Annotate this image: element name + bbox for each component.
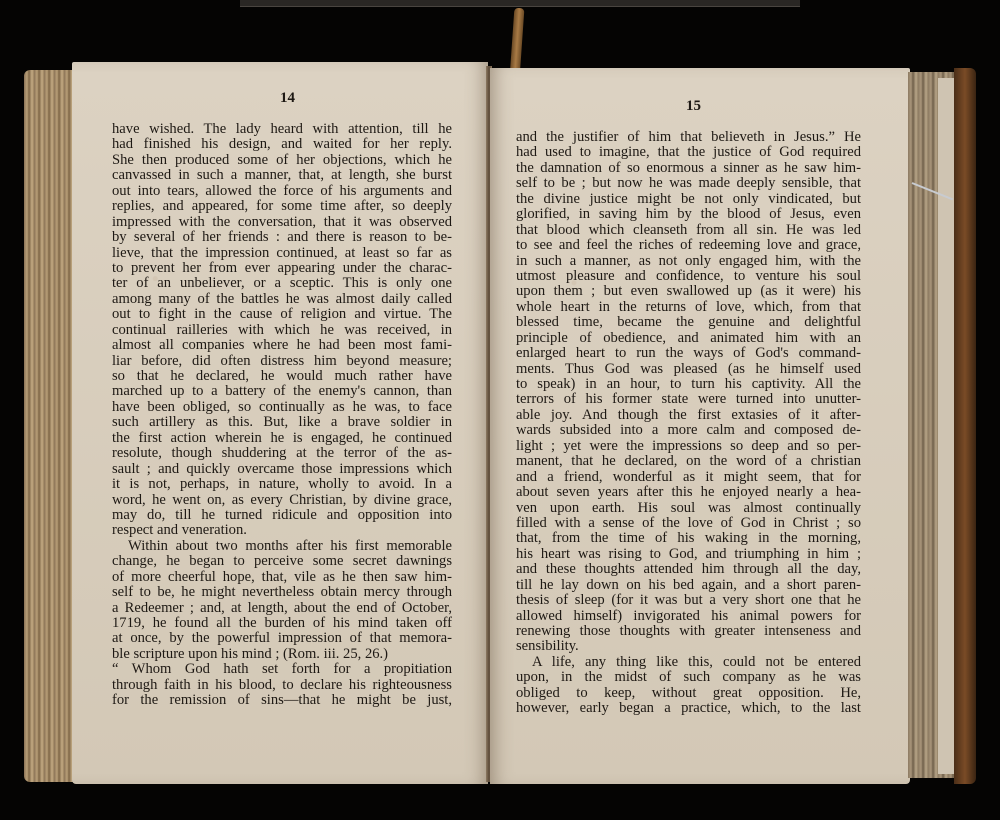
text-line: “ Whom God hath set forth for a propitia… xyxy=(112,662,452,677)
text-line: the first action wherein he is engaged, … xyxy=(112,431,452,446)
text-line: sensibility. xyxy=(516,639,861,654)
text-line: A life, any thing like this, could not b… xyxy=(516,655,861,670)
text-line: had used to imagine, that the justice of… xyxy=(516,145,861,160)
text-line: and the justifier of him that believeth … xyxy=(516,130,861,145)
right-page: 15 and the justifier of him that believe… xyxy=(490,68,910,784)
text-line: by several of her friends : and there is… xyxy=(112,230,452,245)
text-line: replies, and appeared, for some time aft… xyxy=(112,199,452,214)
text-line: marched up to a battery of the enemy's c… xyxy=(112,384,452,399)
text-line: however, early began a practice, which, … xyxy=(516,701,861,716)
text-line: out to fight in the cause of religion an… xyxy=(112,307,452,322)
text-line: able joy. And though the first extasies … xyxy=(516,408,861,423)
text-line: and these thoughts attended him through … xyxy=(516,562,861,577)
text-line: respect and veneration. xyxy=(112,523,452,538)
text-line: a Redeemer ; and, at length, about the e… xyxy=(112,601,452,616)
text-line: ter of an unbeliever, or a sceptic. This… xyxy=(112,276,452,291)
text-line: self to be ; but now he was made deeply … xyxy=(516,176,861,191)
text-line: upon them ; but even swallowed up (as it… xyxy=(516,284,861,299)
text-line: liar before, did often distress him beyo… xyxy=(112,354,452,369)
page-number-left: 14 xyxy=(280,90,295,107)
text-line: the damnation of so enormous a sinner as… xyxy=(516,161,861,176)
text-line: Within about two months after his first … xyxy=(112,539,452,554)
text-line: ments. Thus God was pleased (as he himse… xyxy=(516,362,861,377)
text-line: ven upon earth. His soul was almost cont… xyxy=(516,501,861,516)
text-line: sault ; and quickly overcame those impre… xyxy=(112,462,452,477)
text-line: utmost pleasure and confidence, to ventu… xyxy=(516,269,861,284)
left-page-text: have wished. The lady heard with attenti… xyxy=(112,122,452,709)
back-cover xyxy=(954,68,976,784)
text-line: out into tears, allowed the force of his… xyxy=(112,184,452,199)
text-line: obliged to keep, without great oppositio… xyxy=(516,686,861,701)
text-line: enlarged heart to run the ways of God's … xyxy=(516,346,861,361)
text-line: terrors of his former state were turned … xyxy=(516,392,861,407)
text-line: to prevent her from ever appearing under… xyxy=(112,261,452,276)
text-line: blessed time, became the genuine and del… xyxy=(516,315,861,330)
text-line: among many of the battles he was almost … xyxy=(112,292,452,307)
text-line: self to be, he might nevertheless obtain… xyxy=(112,585,452,600)
text-line: wards subsided into a more calm and comp… xyxy=(516,423,861,438)
text-line: allowed himself) invigorated his animal … xyxy=(516,609,861,624)
text-line: resolute, though shuddering at the terro… xyxy=(112,446,452,461)
open-book: 14 have wished. The lady heard with atte… xyxy=(14,62,980,792)
text-line: through faith in his blood, to declare h… xyxy=(112,678,452,693)
text-line: continual railleries with which he was r… xyxy=(112,323,452,338)
text-line: She then produced some of her objections… xyxy=(112,153,452,168)
text-line: thesis of sleep (for it was but a very s… xyxy=(516,593,861,608)
text-line: 1719, he found all the burden of his min… xyxy=(112,616,452,631)
text-line: canvassed in such a manner, that, at len… xyxy=(112,168,452,183)
page-number-right: 15 xyxy=(686,98,701,115)
text-line: word, he went on, as every Christian, by… xyxy=(112,493,452,508)
text-line: almost all companies where he had been m… xyxy=(112,338,452,353)
text-line: till he lay down on his bed again, and a… xyxy=(516,578,861,593)
text-line: ble scripture upon his mind ; (Rom. iii.… xyxy=(112,647,452,662)
text-line: about seven years after this he enjoyed … xyxy=(516,485,861,500)
text-line: the divine justice might be not only vin… xyxy=(516,192,861,207)
text-line: to speak) in an hour, to turn his captiv… xyxy=(516,377,861,392)
text-line: and a friend, wonderful as it might seem… xyxy=(516,470,861,485)
left-page: 14 have wished. The lady heard with atte… xyxy=(72,62,488,784)
text-line: glorified, in saving him by the blood of… xyxy=(516,207,861,222)
text-line: light ; yet were the impressions so deep… xyxy=(516,439,861,454)
text-line: may do, till he turned ridicule and oppo… xyxy=(112,508,452,523)
text-line: at once, by the powerful impression of t… xyxy=(112,631,452,646)
right-page-text: and the justifier of him that believeth … xyxy=(516,130,861,717)
text-line: have been obliged, so continually as he … xyxy=(112,400,452,415)
text-line: manent, that he declared, on the word of… xyxy=(516,454,861,469)
text-line: it is not, perhaps, in nature, wholly to… xyxy=(112,477,452,492)
text-line: impressed with the conversation, that it… xyxy=(112,215,452,230)
text-line: whole heart in the returns of love, whic… xyxy=(516,300,861,315)
top-clamp-bar xyxy=(240,0,800,7)
text-line: in such a manner, as not only engaged hi… xyxy=(516,254,861,269)
text-line: filled with a sense of the love of God i… xyxy=(516,516,861,531)
text-line: so that he declared, he would much rathe… xyxy=(112,369,452,384)
text-line: that, from the time of his waking in the… xyxy=(516,531,861,546)
text-line: for the remission of sins—that he might … xyxy=(112,693,452,708)
text-line: of more cheerful hope, that, vile as he … xyxy=(112,570,452,585)
text-line: his heart was rising to God, and triumph… xyxy=(516,547,861,562)
text-line: renewing those thoughts with greater int… xyxy=(516,624,861,639)
text-line: have wished. The lady heard with attenti… xyxy=(112,122,452,137)
text-line: had finished his design, and waited for … xyxy=(112,137,452,152)
text-line: to see and feel the riches of redeeming … xyxy=(516,238,861,253)
text-line: change, he began to perceive some secret… xyxy=(112,554,452,569)
text-line: such artillery as this. But, like a brav… xyxy=(112,415,452,430)
text-line: lieve, that the impression continued, at… xyxy=(112,246,452,261)
text-line: principle of obedience, and animated him… xyxy=(516,331,861,346)
text-line: that blood which cleanseth from all sin.… xyxy=(516,223,861,238)
text-line: upon, in the midst of such company as he… xyxy=(516,670,861,685)
